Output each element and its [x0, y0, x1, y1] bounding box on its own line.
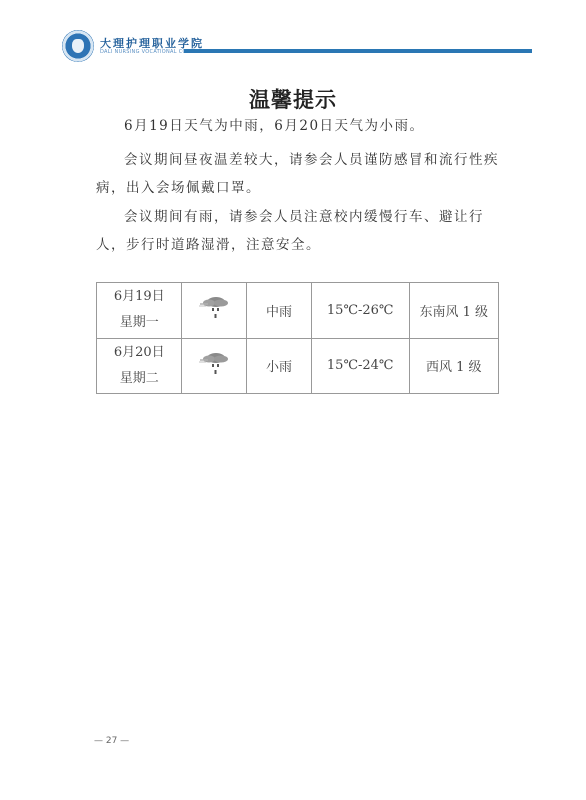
- paragraph-health-notice: 会议期间昼夜温差较大，请参会人员谨防感冒和流行性疾病，出入会场佩戴口罩。: [96, 146, 506, 202]
- paragraph-weather-summary: 6月19日天气为中雨，6月20日天气为小雨。: [96, 112, 506, 140]
- college-emblem-icon: [62, 30, 94, 62]
- weekday: 星期二: [97, 366, 181, 392]
- header-rule: [184, 49, 532, 53]
- weekday: 星期一: [97, 310, 181, 336]
- weather-table: 6月19日 星期一 中雨 15℃-26℃ 东南风 1 级 6: [96, 282, 499, 394]
- condition-cell: 中雨: [247, 283, 312, 339]
- wind-cell: 东南风 1 级: [409, 283, 498, 339]
- date-cell: 6月19日 星期一: [97, 283, 182, 339]
- icon-cell: [182, 283, 247, 339]
- icon-cell: [182, 338, 247, 394]
- date-cell: 6月20日 星期二: [97, 338, 182, 394]
- page-title: 温馨提示: [0, 84, 586, 114]
- page-number: — 27 —: [94, 736, 129, 746]
- document-header: 大理护理职业学院 DALI NURSING VOCATIONAL COLLEGE: [62, 30, 532, 66]
- rain-cloud-icon: [196, 349, 232, 379]
- paragraph-safety-notice: 会议期间有雨，请参会人员注意校内缓慢行车、避让行人，步行时道路湿滑，注意安全。: [96, 203, 506, 259]
- temperature-cell: 15℃-24℃: [311, 338, 409, 394]
- table-row: 6月20日 星期二 小雨 15℃-24℃ 西风 1 级: [97, 338, 499, 394]
- date: 6月19日: [97, 284, 181, 310]
- condition-cell: 小雨: [247, 338, 312, 394]
- date: 6月20日: [97, 340, 181, 366]
- temperature-cell: 15℃-26℃: [311, 283, 409, 339]
- table-row: 6月19日 星期一 中雨 15℃-26℃ 东南风 1 级: [97, 283, 499, 339]
- wind-cell: 西风 1 级: [409, 338, 498, 394]
- rain-cloud-icon: [196, 293, 232, 323]
